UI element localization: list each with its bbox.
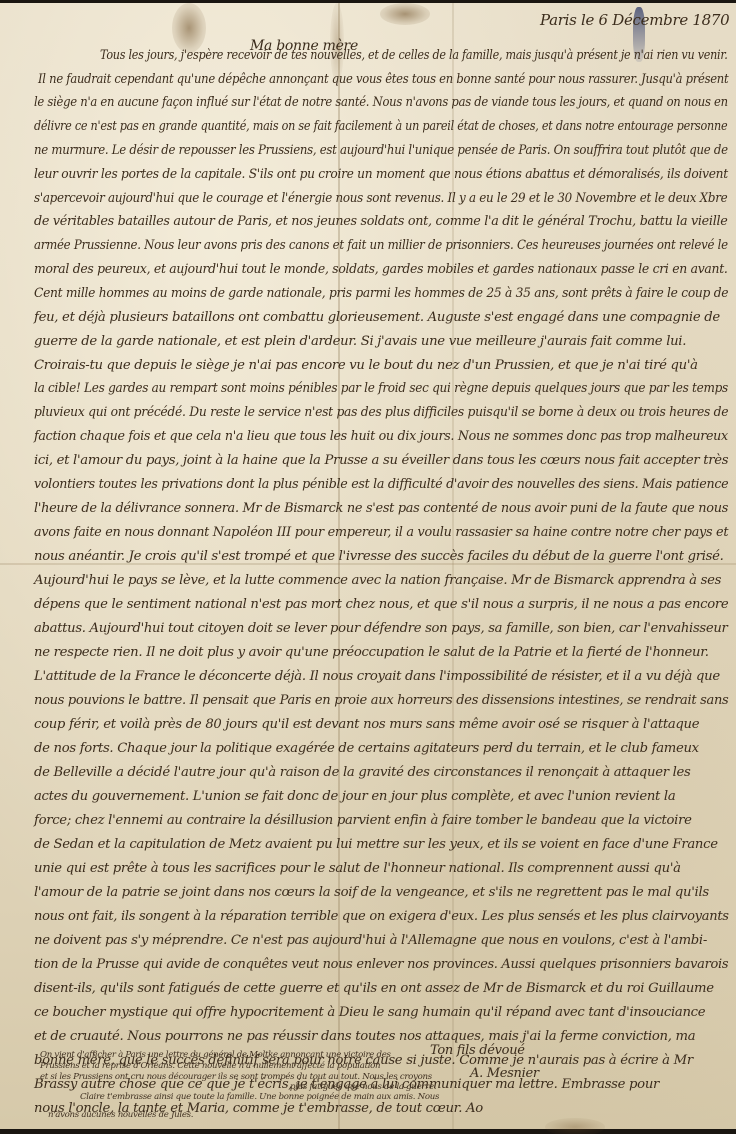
body-line: et de cruauté. Nous pourrons ne pas réus… [34, 1029, 695, 1044]
body-line: s'apercevoir aujourd'hui que le courage … [34, 191, 727, 206]
body-line: nous anéantir. Je crois qu'il s'est trom… [34, 549, 724, 564]
body-line: la cible! Les gardes au rempart sont moi… [34, 381, 728, 396]
body-line: actes du gouvernement. L'union se fait d… [34, 789, 675, 804]
body-line: abattus. Aujourd'hui tout citoyen doit s… [34, 621, 727, 636]
body-line: avons faite en nous donnant Napoléon III… [34, 525, 728, 540]
body-line: ce boucher mystique qui offre hypocritem… [34, 1005, 705, 1020]
postscript-line: On vient d'afficher à Paris une lettre d… [40, 1050, 391, 1060]
body-line: L'attitude de la France le déconcerte dé… [34, 669, 720, 684]
body-line: l'amour de la patrie se joint dans nos c… [34, 885, 709, 900]
body-line: Il ne faudrait cependant qu'une dépêche … [38, 72, 728, 87]
signature-line: Ton fils dévoué [430, 1043, 525, 1058]
postscript-line: Prussiens et la reprise d'Orléans. Cette… [40, 1061, 380, 1071]
body-line: Cent mille hommes au moins de garde nati… [34, 286, 728, 301]
postscript-line: Claire t'embrasse ainsi que toute la fam… [80, 1092, 439, 1102]
body-line: de nos forts. Chaque jour la politique e… [34, 741, 699, 756]
body-line: guerre de la garde nationale, et est ple… [34, 334, 686, 349]
body-line: ici, et l'amour du pays, joint à la hain… [34, 453, 728, 468]
body-line: coup férir, et voilà près de 80 jours qu… [34, 717, 699, 732]
postscript-line: et si les Prussiens ont cru nous découra… [40, 1072, 432, 1082]
body-line: nous ont fait, ils songent à la réparati… [34, 909, 729, 924]
body-line: pluvieux qui ont précédé. Du reste le se… [34, 405, 728, 420]
body-line: ne doivent pas s'y méprendre. Ce n'est p… [34, 933, 707, 948]
body-line: armée Prussienne. Nous leur avons pris d… [34, 238, 728, 253]
edge-stain [545, 1118, 605, 1134]
body-line: de Belleville a décidé l'autre jour qu'à… [34, 765, 691, 780]
body-line: dépens que le sentiment national n'est p… [34, 597, 728, 612]
body-line: volontiers toutes les privations dont la… [34, 477, 728, 492]
body-line: ne murmure. Le désir de repousser les Pr… [34, 143, 728, 158]
body-line: l'heure de la délivrance sonnera. Mr de … [34, 501, 728, 516]
body-line: ne respecte rien. Il ne doit plus y avoi… [34, 645, 709, 660]
body-line: de véritables batailles autour de Paris,… [34, 214, 728, 229]
body-line: force; chez l'ennemi au contraire la dés… [34, 813, 692, 828]
body-line: leur ouvrir les portes de la capitale. S… [34, 167, 728, 182]
ink-stain-2 [380, 3, 430, 25]
postscript-line: n'avons aucunes nouvelles de Jules. [48, 1110, 193, 1120]
ink-stain [172, 3, 206, 53]
body-line: feu, et déjà plusieurs bataillons ont co… [34, 310, 720, 325]
body-line: Aujourd'hui le pays se lève, et la lutte… [34, 573, 721, 588]
signature-line: A. Mesnier [470, 1066, 539, 1081]
body-line: faction chaque fois et que cela n'a lieu… [34, 429, 728, 444]
body-line: disent-ils, qu'ils sont fatigués de cett… [34, 981, 714, 996]
body-line: Croirais-tu que depuis le siège je n'ai … [34, 358, 698, 373]
body-line: unie qui est prête à tous les sacrifices… [34, 861, 681, 876]
body-line: nous pouvions le battre. Il pensait que … [34, 693, 728, 708]
body-line: Tous les jours, j'espère recevoir de tes… [100, 48, 727, 63]
body-line: moral des peureux, et aujourd'hui tout l… [34, 262, 728, 277]
body-line: tion de la Prusse qui avide de conquêtes… [34, 957, 728, 972]
date-line: Paris le 6 Décembre 1870 [540, 11, 729, 29]
body-line: de Sedan et la capitulation de Metz avai… [34, 837, 718, 852]
letter-page: Paris le 6 Décembre 1870 Ma bonne mère T… [0, 0, 736, 1134]
postscript-line: plus fatigués que nous de la guerre. [290, 1082, 436, 1092]
body-line: délivre ce n'est pas en grande quantité,… [34, 119, 727, 134]
body-line: le siège n'a en aucune façon influé sur … [34, 95, 728, 110]
